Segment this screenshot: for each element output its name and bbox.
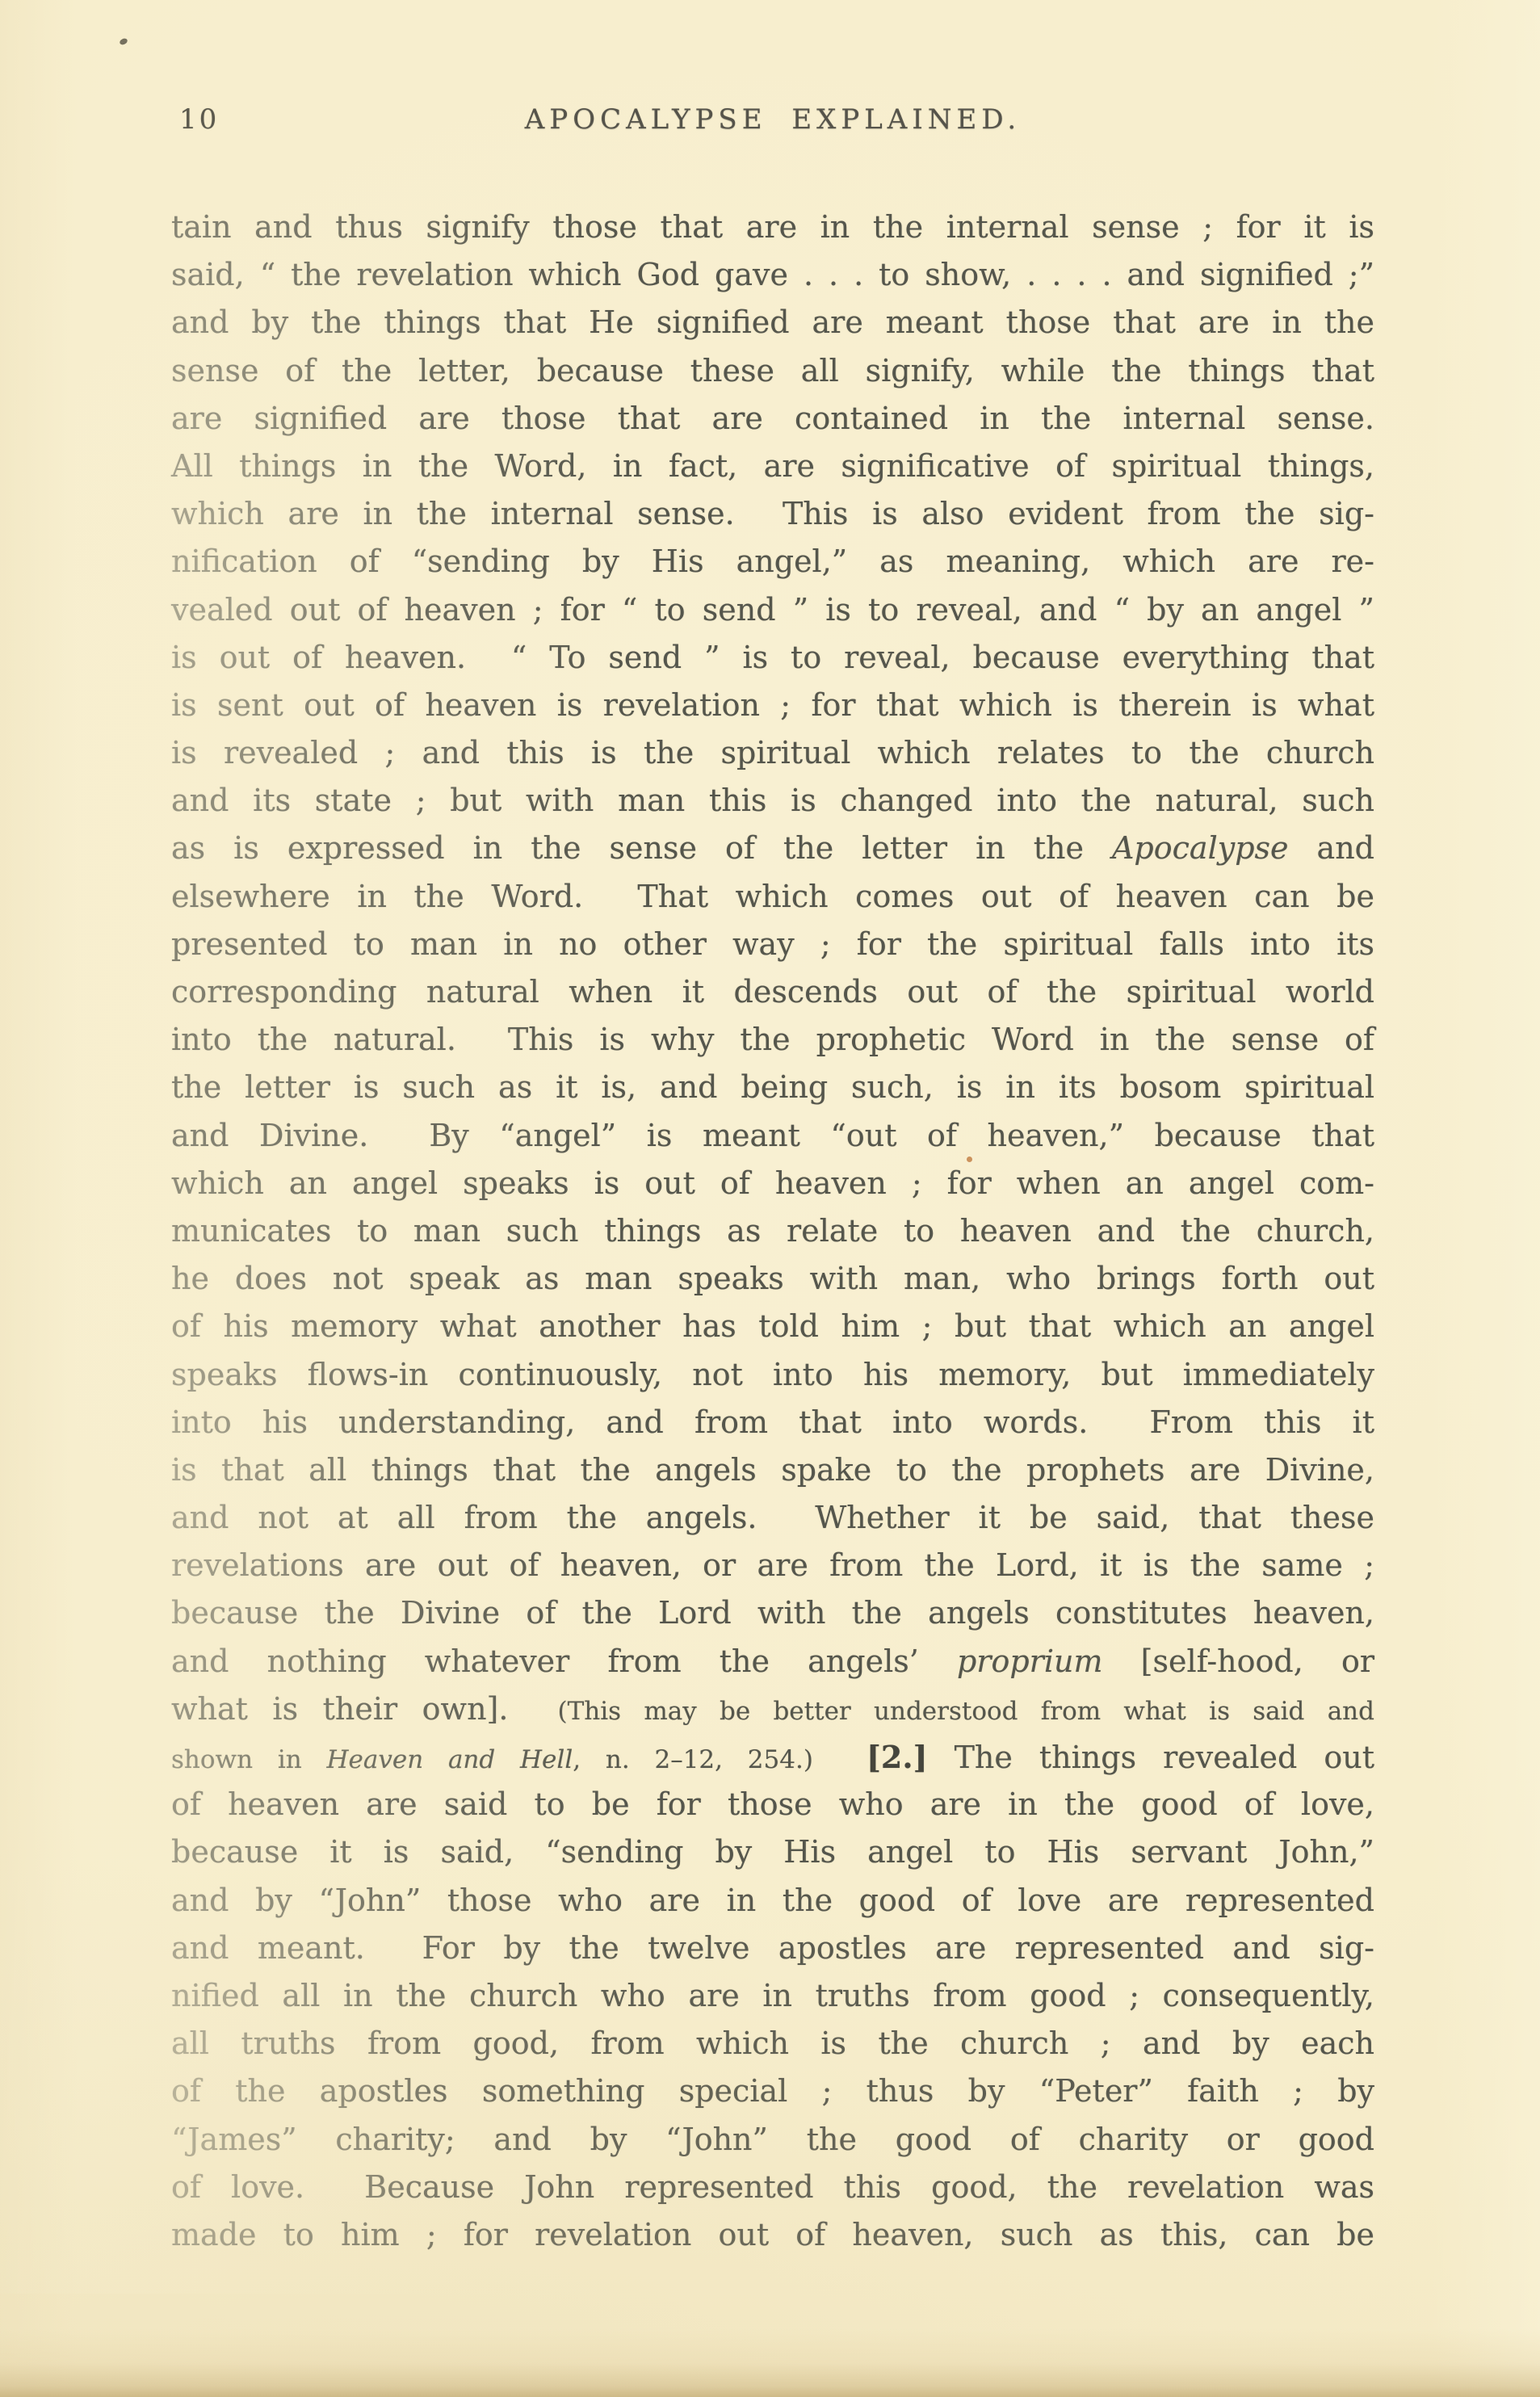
text-segment: of the apostles something special ; thus… <box>171 2073 1374 2109</box>
text-line: of heaven are said to be for those who a… <box>171 1781 1374 1828</box>
text-segment: municates to man such things as relate t… <box>171 1213 1374 1249</box>
text-segment: and meant. For by the twelve apostles ar… <box>171 1930 1374 1966</box>
text-line: is out of heaven. “ To send ” is to reve… <box>171 634 1374 682</box>
text-segment: and Divine. By “angel” is meant “out of … <box>171 1118 1374 1153</box>
text-segment: and not at all from the angels. Whether … <box>171 1500 1374 1535</box>
text-segment: what is their own]. <box>171 1691 557 1727</box>
text-line: sense of the letter, because these all s… <box>171 347 1374 395</box>
text-line: the letter is such as it is, and being s… <box>171 1064 1374 1111</box>
text-segment: of love. Because John represented this g… <box>171 2169 1374 2205</box>
text-segment: because the Divine of the Lord with the … <box>171 1595 1374 1631</box>
text-line: tain and thus signify those that are in … <box>171 204 1374 251</box>
text-segment: made to him ; for revelation out of heav… <box>171 2217 1374 2252</box>
text-segment: , n. 2–12, 254.) <box>573 1745 813 1774</box>
text-line: of the apostles something special ; thus… <box>171 2067 1374 2115</box>
text-segment: “James” charity; and by “John” the good … <box>171 2122 1374 2157</box>
text-segment: Apocalypse <box>1112 830 1289 866</box>
text-segment: the letter is such as it is, and being s… <box>171 1069 1374 1105</box>
text-line: presented to man in no other way ; for t… <box>171 921 1374 968</box>
text-segment: [self-hood, or <box>1103 1643 1375 1679</box>
scan-speck <box>119 37 128 46</box>
text-segment: into the natural. This is why the prophe… <box>171 1022 1374 1057</box>
text-segment: into his understanding, and from that in… <box>171 1404 1374 1440</box>
text-line: into the natural. This is why the prophe… <box>171 1016 1374 1064</box>
text-segment: and its state ; but with man this is cha… <box>171 783 1374 818</box>
text-line: he does not speak as man speaks with man… <box>171 1255 1374 1303</box>
text-line: nified all in the church who are in trut… <box>171 1972 1374 2020</box>
text-line: vealed out of heaven ; for “ to send ” i… <box>171 586 1374 634</box>
text-segment: elsewhere in the Word. That which comes … <box>171 879 1374 914</box>
text-line: is sent out of heaven is revelation ; fo… <box>171 682 1374 729</box>
text-segment: is that all things that the angels spake… <box>171 1452 1374 1488</box>
text-line: of his memory what another has told him … <box>171 1303 1374 1350</box>
text-segment: is out of heaven. “ To send ” is to reve… <box>171 640 1374 675</box>
text-segment: (This may be better understood from what… <box>557 1697 1374 1726</box>
text-segment: corresponding natural when it descends o… <box>171 974 1374 1010</box>
text-line: all truths from good, from which is the … <box>171 2020 1374 2067</box>
text-segment: which an angel speaks is out of heaven ;… <box>171 1165 1374 1201</box>
text-line: “James” charity; and by “John” the good … <box>171 2116 1374 2164</box>
text-segment: which are in the internal sense. This is… <box>171 496 1374 531</box>
text-line: and meant. For by the twelve apostles ar… <box>171 1925 1374 1972</box>
text-line: what is their own]. (This may be better … <box>171 1685 1374 1733</box>
text-segment: said, “ the revelation which God gave . … <box>171 257 1374 292</box>
text-line: is revealed ; and this is the spiritual … <box>171 729 1374 777</box>
text-segment: and <box>1289 830 1374 866</box>
text-segment: of his memory what another has told him … <box>171 1308 1374 1344</box>
text-line: because it is said, “sending by His ange… <box>171 1828 1374 1876</box>
text-segment: are signified are those that are contain… <box>171 401 1374 436</box>
text-line: speaks flows-in continuously, not into h… <box>171 1351 1374 1399</box>
running-head: 10 APOCALYPSE EXPLAINED. <box>171 103 1374 144</box>
text-line: because the Divine of the Lord with the … <box>171 1589 1374 1637</box>
text-segment: and nothing whatever from the angels’ <box>171 1643 957 1679</box>
book-page: 10 APOCALYPSE EXPLAINED. tain and thus s… <box>0 0 1540 2397</box>
text-segment: because it is said, “sending by His ange… <box>171 1834 1374 1870</box>
text-segment: presented to man in no other way ; for t… <box>171 926 1374 962</box>
text-segment: tain and thus signify those that are in … <box>171 209 1374 245</box>
text-line: revelations are out of heaven, or are fr… <box>171 1542 1374 1589</box>
text-segment: revelations are out of heaven, or are fr… <box>171 1547 1374 1583</box>
text-line: are signified are those that are contain… <box>171 395 1374 443</box>
text-line: and by “John” those who are in the good … <box>171 1877 1374 1925</box>
text-segment: Heaven and Hell <box>326 1745 573 1774</box>
text-line: elsewhere in the Word. That which comes … <box>171 873 1374 921</box>
text-segment: The things revealed out <box>928 1740 1374 1775</box>
text-segment: nified all in the church who are in trut… <box>171 1978 1374 2013</box>
text-line: All things in the Word, in fact, are sig… <box>171 443 1374 490</box>
text-line: municates to man such things as relate t… <box>171 1207 1374 1255</box>
text-segment: [2.] <box>867 1739 928 1775</box>
text-line: as is expressed in the sense of the lett… <box>171 825 1374 872</box>
text-segment: of heaven are said to be for those who a… <box>171 1786 1374 1822</box>
text-line: and Divine. By “angel” is meant “out of … <box>171 1112 1374 1160</box>
text-segment: is revealed ; and this is the spiritual … <box>171 735 1374 770</box>
text-segment: and by “John” those who are in the good … <box>171 1883 1374 1918</box>
text-segment: and by the things that He signified are … <box>171 304 1374 340</box>
text-line: shown in Heaven and Hell, n. 2–12, 254.)… <box>171 1733 1374 1781</box>
text-segment <box>813 1740 867 1775</box>
text-line: made to him ; for revelation out of heav… <box>171 2211 1374 2259</box>
text-line: and by the things that He signified are … <box>171 299 1374 346</box>
text-line: which an angel speaks is out of heaven ;… <box>171 1160 1374 1207</box>
text-segment: is sent out of heaven is revelation ; fo… <box>171 687 1374 723</box>
text-line: of love. Because John represented this g… <box>171 2164 1374 2211</box>
text-line: and not at all from the angels. Whether … <box>171 1494 1374 1542</box>
text-segment: sense of the letter, because these all s… <box>171 353 1374 388</box>
text-line: is that all things that the angels spake… <box>171 1446 1374 1494</box>
text-segment: speaks flows-in continuously, not into h… <box>171 1357 1374 1392</box>
text-line: and nothing whatever from the angels’ pr… <box>171 1638 1374 1685</box>
text-segment: nification of “sending by His angel,” as… <box>171 544 1374 579</box>
text-segment: proprium <box>957 1643 1103 1679</box>
text-line: which are in the internal sense. This is… <box>171 490 1374 538</box>
text-segment: as is expressed in the sense of the lett… <box>171 830 1112 866</box>
text-line: said, “ the revelation which God gave . … <box>171 251 1374 299</box>
text-line: into his understanding, and from that in… <box>171 1399 1374 1446</box>
running-title: APOCALYPSE EXPLAINED. <box>171 103 1374 136</box>
text-segment: all truths from good, from which is the … <box>171 2025 1374 2061</box>
text-line: nification of “sending by His angel,” as… <box>171 538 1374 586</box>
text-segment: he does not speak as man speaks with man… <box>171 1261 1374 1296</box>
text-segment: All things in the Word, in fact, are sig… <box>171 448 1374 484</box>
text-segment: shown in <box>171 1745 326 1774</box>
text-segment: vealed out of heaven ; for “ to send ” i… <box>171 592 1374 628</box>
body-text: tain and thus signify those that are in … <box>171 204 1374 2259</box>
text-line: and its state ; but with man this is cha… <box>171 777 1374 825</box>
text-line: corresponding natural when it descends o… <box>171 968 1374 1016</box>
page-edge-shadow <box>0 2328 1540 2397</box>
